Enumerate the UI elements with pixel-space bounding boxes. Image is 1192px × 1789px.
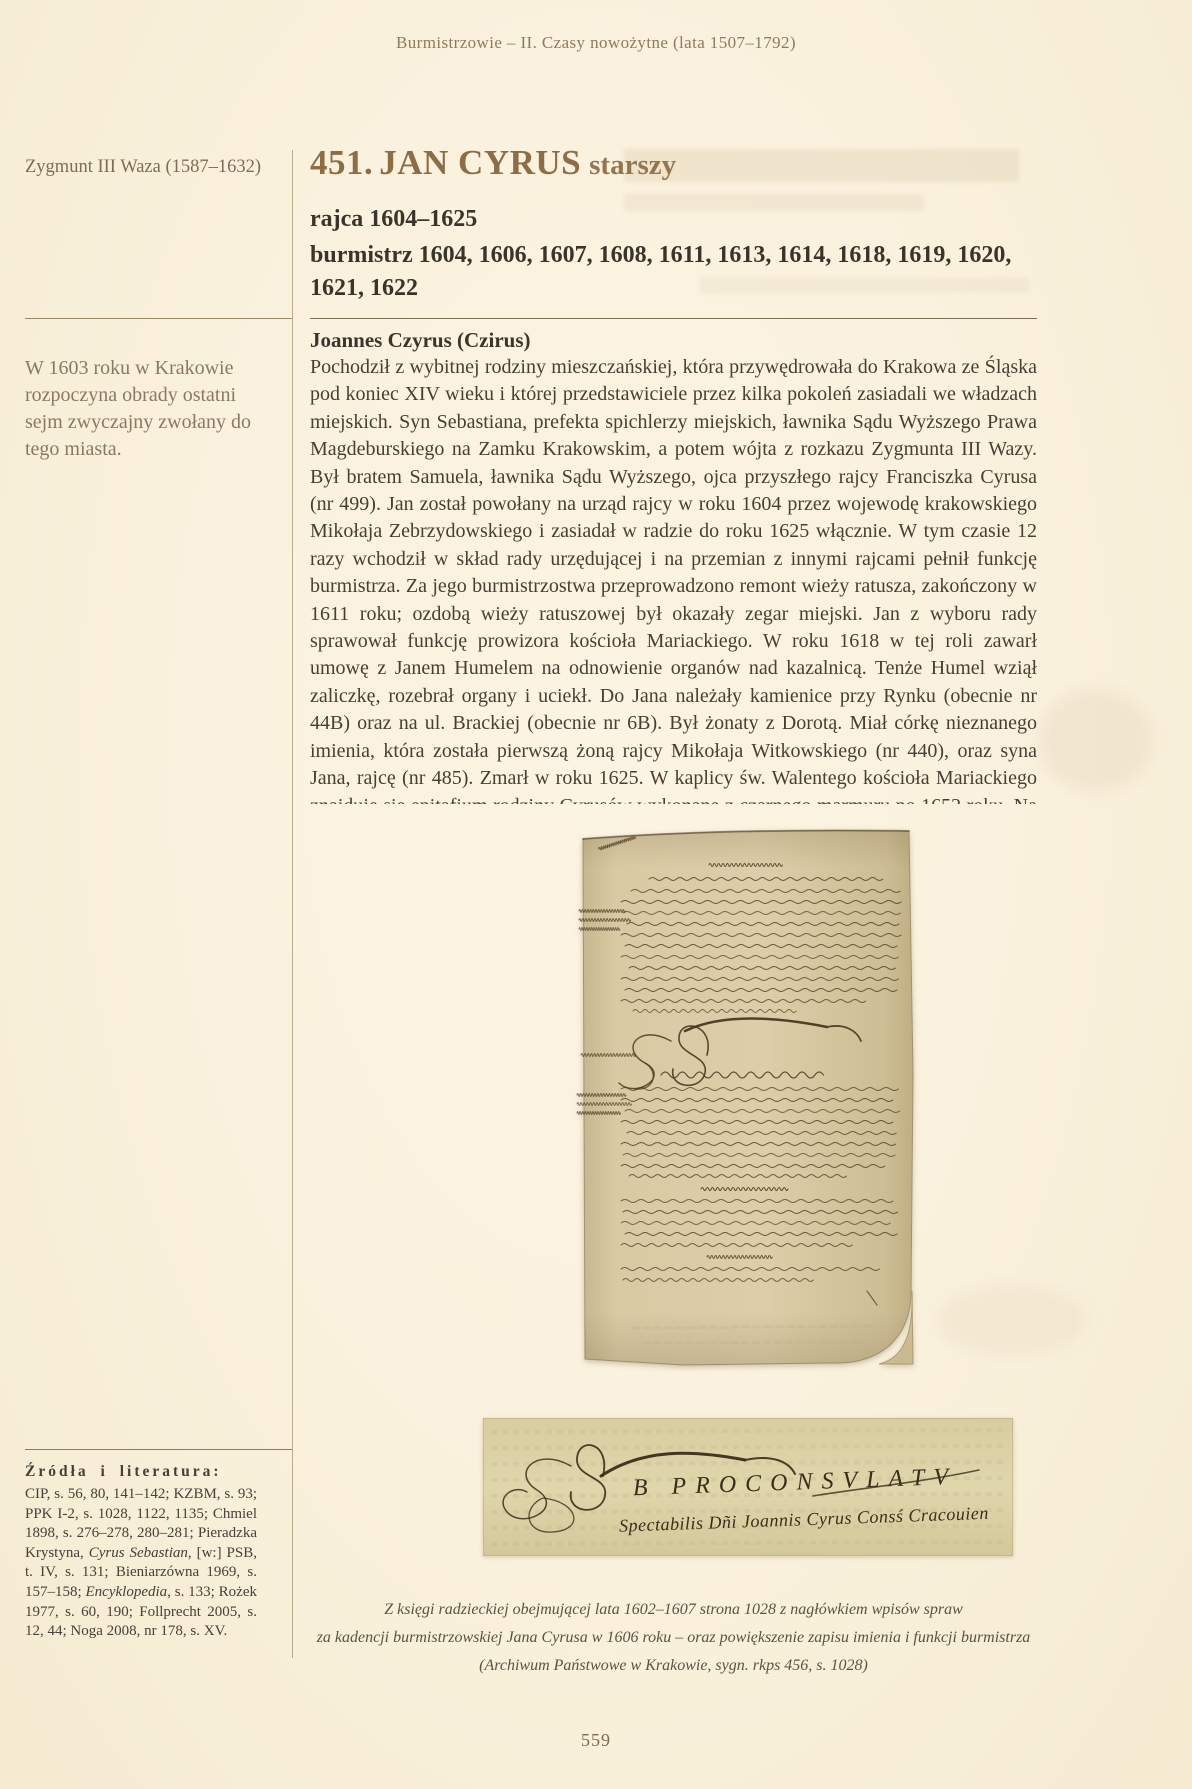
- margin-ruler-heading: Zygmunt III Waza (1587–1632): [25, 157, 275, 178]
- councillor-years-line: rajca 1604–1625: [310, 203, 1037, 236]
- figure-caption-line: za kadencji burmistrzowskiej Jana Cyrusa…: [300, 1624, 1047, 1652]
- biography-text: Pochodził z wybitnej rodziny mieszczańsk…: [310, 354, 1037, 804]
- sources-divider-rule: [25, 1449, 292, 1450]
- sources-text: CIP, s. 56, 80, 141–142; KZBM, s. 93; PP…: [25, 1485, 257, 1642]
- entry-title: 451.JAN CYRUS starszy: [310, 144, 1037, 183]
- figure-caption-line: (Archiwum Państwowe w Krakowie, sygn. rk…: [300, 1652, 1047, 1680]
- entry-divider-rule: [310, 318, 1037, 319]
- bleed-through-ghost: [935, 1285, 1085, 1355]
- running-header: Burmistrzowie – II. Czasy nowożytne (lat…: [0, 33, 1192, 53]
- sources-heading: Źródła i literatura:: [25, 1463, 292, 1481]
- bleed-through-ghost: [1038, 688, 1153, 793]
- signature-enlargement-photo: B PROCONSVLATV Spectabilis Dñi Joannis C…: [483, 1418, 1013, 1556]
- entry-name: JAN CYRUS: [379, 143, 581, 182]
- manuscript-illustration: [573, 823, 917, 1393]
- figure-caption-line: Z księgi radzieckiej obejmującej lata 16…: [300, 1596, 1047, 1624]
- signature-illustration: B PROCONSVLATV Spectabilis Dñi Joannis C…: [483, 1418, 1013, 1556]
- entry-epithet: starszy: [589, 149, 676, 181]
- manuscript-parchment: [583, 830, 913, 1365]
- entry-number: 451.: [310, 143, 373, 182]
- sidebar-divider-rule: [25, 318, 292, 319]
- sources-section: Źródła i literatura: CIP, s. 56, 80, 141…: [25, 1449, 292, 1642]
- mayor-years-line: burmistrz 1604, 1606, 1607, 1608, 1611, …: [310, 239, 1037, 305]
- figure-caption: Z księgi radzieckiej obejmującej lata 16…: [300, 1596, 1047, 1680]
- book-page: Burmistrzowie – II. Czasy nowożytne (lat…: [0, 0, 1192, 1789]
- margin-historical-note: W 1603 roku w Krakowie rozpoczyna obrady…: [25, 355, 255, 463]
- page-number: 559: [0, 1730, 1192, 1751]
- manuscript-page-photo: [573, 823, 917, 1393]
- latin-name-line: Joannes Czyrus (Czirus): [310, 328, 1037, 353]
- column-divider-rule: [292, 150, 293, 1658]
